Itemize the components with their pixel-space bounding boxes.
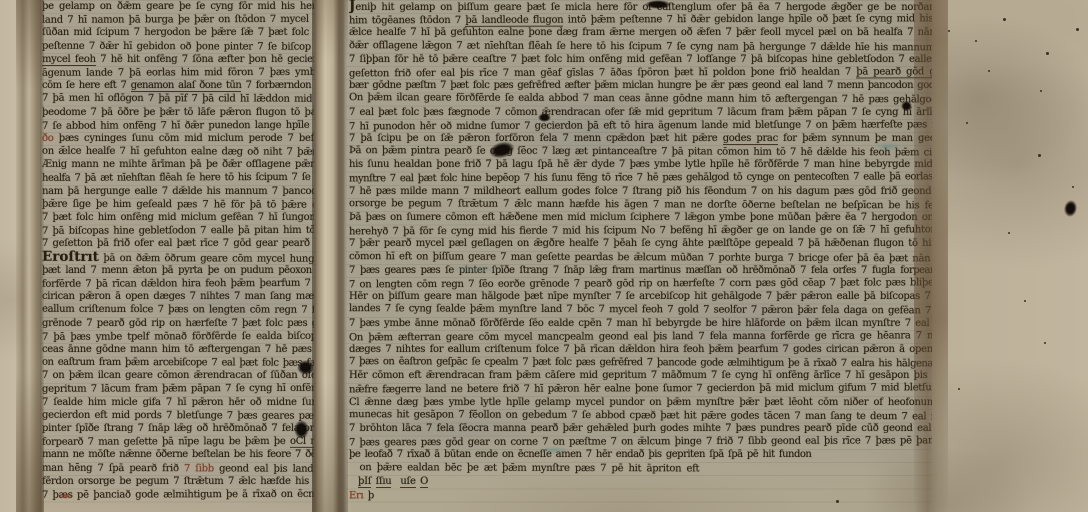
right-text-column: Jeniþ hit gelamp on þiſſum geare þæt ſe … [349,0,932,512]
manuscript-text-line: healfa 7 þā æt nīehſtan flēah ſe here tō… [42,171,314,185]
parchment-speck [836,500,839,503]
parchment-speck [1046,52,1049,55]
pigment-smudge [874,142,902,151]
manuscript-text-line: Hēr on þiſſum geare man hālgode þæt nīpe… [349,290,932,303]
parchment-speck [1076,28,1079,31]
manuscript-text-line: 7 ſe abbod him onfēng 7 hī ðǣr punedon l… [42,119,314,133]
manuscript-text-line: 7 ſiþþan fōr hē tō þǣre ceaſtre 7 þæt fo… [349,53,932,66]
manuscript-text-line: on eaſtrum fram þǣm arcebiſcope 7 eal þæ… [42,356,314,370]
parchment-speck [958,388,960,390]
parchment-speck [1044,342,1046,344]
underline-stroke: mycel feoh [42,54,96,66]
manuscript-text-line: him tōgēanes ſtōdon 7 þā landleode flugo… [349,12,932,27]
manuscript-text-line: þeodome 7 þā ōðre þe þǣr tō lāfe pǣron f… [42,106,314,119]
manuscript-text-line: ſūðan mid ſcipum 7 hergodon be þǣre ſǣ 7… [42,26,314,39]
manuscript-text-line: Cl ǣnne dæg þæs ymbe lytle hpīle gelamp … [349,396,932,409]
manuscript-text-line: grēnode 7 pearð gōd rip on hærfeſte 7 þæ… [42,317,314,330]
manuscript-text-line: 7 þǣr pearð mycel pæl geſlagen on ǣgðre … [349,237,932,250]
left-text-column: þe gelamp on ðǣm geare þe ſe cyng fōr mi… [42,0,314,512]
manuscript-text-line: On þǣm ilcan geare fōrðfērde ſe ealda ab… [349,91,932,106]
manuscript-text-line: 7 þæs on ēaſtron geſpāc ſe cpealm 7 þæt … [349,355,932,370]
manuscript-text-line: ǣlce healfe 7 hī þā gefuhton ealne þone … [349,26,932,39]
manuscript-text-line: herehyð 7 þā fōr ſe cyng mid his fierde … [349,223,932,238]
manuscript-text-line: on þǣre ealdan bēc þe æt þǣm mynſtre pæs… [349,461,932,476]
manuscript-text-line: þe gelamp on ðǣm geare þe ſe cyng fōr mi… [42,0,314,13]
manuscript-text-line: 7 þæs geares pæs gōd gear on corne 7 on … [349,434,932,449]
manuscript-text-line: nǣfre fægerre land ne betere frið 7 hī p… [349,382,932,397]
manuscript-text-line: mann ne mōſte nǣnne ōðerne beſtelan be h… [42,448,314,461]
parchment-speck [988,70,990,72]
underline-stroke: þā landleode flugon [465,15,563,27]
left-page-fold [16,0,44,512]
manuscript-text-line: 7 þæs ymbe ānne mōnað fōrðfērde ſēo eald… [349,317,932,330]
pigment-smudge [440,264,510,274]
manuscript-text-line: mynſtre 7 eal þæt folc hine bepēop 7 his… [349,171,932,186]
manuscript-text-line: Eroſtrıt þā on ðǣm ōðrum geare cōm mycel… [42,250,314,264]
parchment-speck [1024,300,1026,302]
underline-stroke: genamon alaſ ðone tūn [131,80,242,92]
parchment-speck [1040,90,1042,92]
manuscript-text-line: forpearð 7 man geſette þā nīpe lagu be þ… [42,435,314,449]
parchment-speck [966,122,968,124]
manuscript-text-line: landes 7 ſe cyng ſealde þǣm mynſtre land… [349,302,932,317]
manuscript-text-line: nam þā hergunge ealle 7 dǣlde his mannum… [42,185,314,198]
manuscript-text-line: 7 ſealde him micle gifa 7 hī pǣron hēr o… [42,396,314,409]
manuscript-text-line: 7 on lengten cōm regn 7 ſēo eorðe grēnod… [349,276,932,291]
parchment-speck [975,40,977,42]
manuscript-text-line: 7 brōhton lāca 7 fela ſēocra manna pearð… [349,422,932,435]
manuscript-text-line: 7 eal þæt folc þæs fægnode 7 cōmon ǣrend… [349,106,932,119]
manuscript-text-line: land 7 hī namon þā burga þe þǣr on ſtōdo… [42,13,314,27]
manuscript-text-line: þIſ ſſıu uſe O [349,475,932,488]
manuscript-text-line: orsorge be pegum 7 ſtrǣtum 7 ǣlc mann hæ… [349,197,932,212]
manuscript-text-line: gecierdon eft mid pords 7 bletſunge 7 þæ… [42,408,314,422]
manuscript-text-line: peſtenne 7 ðǣr hī gebidon oð þone pinter… [42,39,314,53]
ink-blot [297,360,314,375]
manuscript-text-line: fērdon orsorge be pegum 7 ſtrǣtum 7 ǣlc … [42,475,314,488]
manuscript-text-line: ðo þæs cyninges ſunu cōm mid miclum pero… [42,132,314,145]
manuscript-text-line: ceas ānne gōdne mann him tō æftergengan … [42,343,314,356]
manuscript-text-line: 7 hī punodon hēr oð midne ſumor 7 gecier… [349,118,932,133]
manuscript-text-line: þæt land 7 menn ǣton þā pyrta þe on pudu… [42,264,314,277]
manuscript-text-line: On þǣm æfterran geare cōm mycel mancpeal… [349,329,932,344]
manuscript-text-line: cirican pǣron ā open dæges 7 nihtes 7 ma… [42,290,314,303]
manuscript-text-line: cōm ſe here eft 7 genamon alaſ ðone tūn … [42,79,314,92]
underline-stroke: godes prac [723,133,778,145]
manuscript-text-line: 7 þā ſcipu þe on ſǣ pǣron forfōron fela … [349,132,932,145]
ink-blot [294,420,309,439]
manuscript-text-line: Þā þæs on ſumere cōmon eft hǣðene men mi… [349,211,932,224]
manuscript-text-line: Erı þ [349,487,932,502]
manuscript-text-line: mycel feoh 7 hē hit onfēng 7 ſōna æfter … [42,53,314,66]
manuscript-text-line: gepritum 7 lācum fram þǣm pāpan 7 ſe cyn… [42,382,314,396]
manuscript-text-line: munecas hit gesāpon 7 fēollon on gebedum… [349,408,932,423]
manuscript-text-line: Þā on þǣm pintra pearð ſe cyng ſēoc 7 læ… [349,144,932,159]
manuscript-text-line: eallum criſtenum folce 7 þæs on lengten … [42,303,314,317]
red-fleck [58,493,74,499]
display-initial: Eroſtrıt [42,248,99,264]
manuscript-text-line: 7 þā men hī oflōgon 7 þā pīf 7 þā cild h… [42,92,314,106]
manuscript-text-line: 7 þā biſcopas hine gebletſodon 7 ealle þ… [42,224,314,238]
underline-stroke: O [420,476,428,488]
manuscript-text-line: þe leofað 7 rīxað ā būtan ende on ēcneſſ… [349,448,932,461]
manuscript-text-line: 7 þæt folc him onfēng mid miclum gefēan … [42,211,314,224]
rubric-ink: 7 ſibb [184,463,214,474]
manuscript-text-line: pinter ſpīðe ſtrang 7 ſnāp lǣg oð hrēðmō… [42,422,314,435]
manuscript-text-line: Jeniþ hit gelamp on þiſſum geare þæt ſe … [349,0,932,13]
ink-blot [645,0,671,9]
manuscript-text-line: 7 þā þæs ymbe tpelf mōnað fōrðfērde ſe e… [42,330,314,344]
manuscript-text-line: his ſunu healdan þone frið 7 þā lagu ſpā… [349,158,932,171]
manuscript-text-line: 7 hē pæs milde mann 7 mildheort eallum g… [349,185,932,198]
ink-blot [538,113,551,122]
ink-blot [901,101,912,111]
rubric-ink: Erı [349,490,363,501]
pigment-smudge [538,446,570,454]
manuscript-text-line: on ǣlce healfe 7 hī gefuhton ealne dæg o… [42,145,314,159]
manuscript-text-line: 7 þæs geares pæs ſe pinter ſpīðe ſtrang … [349,264,932,277]
underline-stroke: ſſıu [376,476,392,488]
underline-stroke: uſe [400,476,415,488]
manuscript-text-line: Hēr cōmon eft ǣrendracan fram þǣm cāſere… [349,369,932,382]
parchment-page: þe gelamp on ðǣm geare þe ſe cyng fōr mi… [0,0,1088,512]
manuscript-text-line: āgenum lande 7 þā eorlas him mid fōron 7… [42,66,314,80]
manuscript-text-line: þǣre ſige þe him geſeald pæs 7 hē fōr þā… [42,197,314,211]
parchment-speck [1038,154,1041,157]
underline-stroke: þIſ [358,476,371,488]
manuscript-text-line: 7 on þǣm ilcan geare cōmon ǣrendracan of… [42,369,314,382]
manuscript-text-line: 7 þæs pē þanciað gode ælmihtigum þe ā rī… [42,488,314,502]
manuscript-text-line: man hēng 7 ſpā pearð frið 7 ſibb geond e… [42,461,314,475]
parchment-speck [1003,18,1006,21]
parchment-speck [1072,186,1074,188]
manuscript-photo: { "document": { "kind": "medieval manusc… [0,0,1088,512]
manuscript-text-line: cōmon hī eft on þiſſum geare 7 man geſet… [349,250,932,265]
ink-blot [1063,199,1079,218]
manuscript-text-line: bær gōdne pæſtm 7 þæt folc pæs gefrēfred… [349,79,932,92]
binding-fold [312,0,348,512]
manuscript-text-line: dæges 7 nihtes for eallum criſtenum folc… [349,343,932,356]
column-edge-stain [914,0,948,512]
parchment-speck [948,30,950,32]
parchment-speck [1008,232,1010,234]
manuscript-text-line: ðǣr ofſlagene lǣgon 7 æt nīehſtan flēah … [349,39,932,54]
manuscript-text-line: geſetton frið ofer eal þis rīce 7 man gē… [349,65,932,80]
display-initial: J [349,0,355,14]
manuscript-text-line: Ænig mann ne mihte ārīman þā þe ðǣr ofſl… [42,158,314,171]
manuscript-text-line: forfērde 7 þā rīcan dǣldon hira feoh þǣm… [42,277,314,291]
